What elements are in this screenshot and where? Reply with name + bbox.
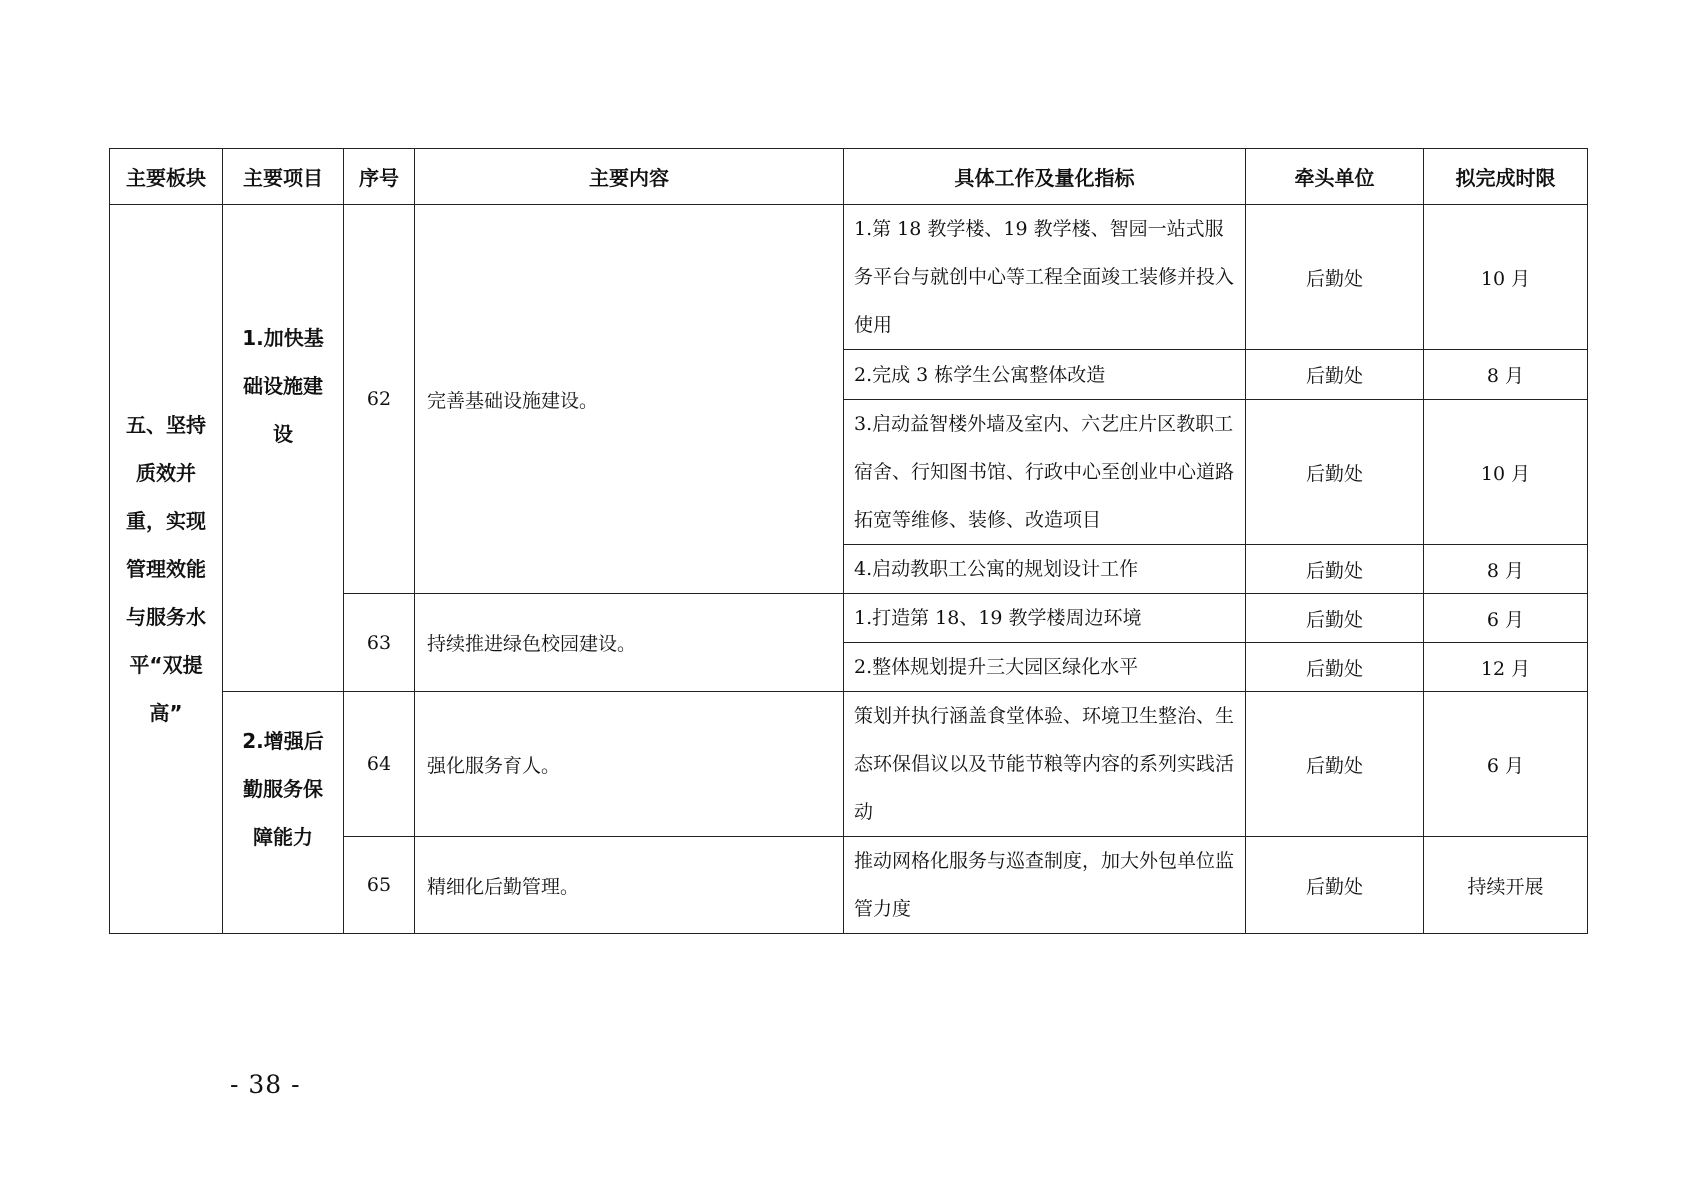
task-lead-unit: 后勤处 [1246,545,1424,594]
task-deadline: 8 月 [1424,545,1588,594]
task-detail: 推动网格化服务与巡查制度，加大外包单位监管力度 [844,837,1246,934]
task-lead-unit: 后勤处 [1246,205,1424,350]
task-lead-unit: 后勤处 [1246,350,1424,400]
task-lead-unit: 后勤处 [1246,692,1424,837]
section-title: 五、坚持质效并重，实现管理效能与服务水平“双提高” [120,401,212,737]
task-deadline: 10 月 [1424,205,1588,350]
task-detail: 2.整体规划提升三大园区绿化水平 [844,643,1246,692]
item-number: 65 [344,837,415,934]
document-page: 主要板块 主要项目 序号 主要内容 具体工作及量化指标 牵头单位 拟完成时限 五… [0,0,1684,1191]
task-deadline: 10 月 [1424,400,1588,545]
item-number: 63 [344,594,415,692]
item-content: 完善基础设施建设。 [415,205,844,594]
project-cell: 2.增强后勤服务保障能力 [223,692,344,934]
task-detail: 1.打造第 18、19 教学楼周边环境 [844,594,1246,643]
task-lead-unit: 后勤处 [1246,594,1424,643]
project-title: 2.增强后勤服务保障能力 [241,717,325,861]
task-deadline: 12 月 [1424,643,1588,692]
task-detail: 4.启动教职工公寓的规划设计工作 [844,545,1246,594]
task-detail: 2.完成 3 栋学生公寓整体改造 [844,350,1246,400]
item-content: 强化服务育人。 [415,692,844,837]
task-lead-unit: 后勤处 [1246,643,1424,692]
item-content: 精细化后勤管理。 [415,837,844,934]
header-content: 主要内容 [415,149,844,205]
item-number: 62 [344,205,415,594]
task-deadline: 6 月 [1424,594,1588,643]
page-number: - 38 - [230,1070,301,1099]
task-detail: 1.第 18 教学楼、19 教学楼、智园一站式服务平台与就创中心等工程全面竣工装… [844,205,1246,350]
task-detail: 策划并执行涵盖食堂体验、环境卫生整治、生态环保倡议以及节能节粮等内容的系列实践活… [844,692,1246,837]
project-cell: 1.加快基础设施建设 [223,205,344,692]
table-row: 2.增强后勤服务保障能力 64 强化服务育人。 策划并执行涵盖食堂体验、环境卫生… [110,692,1588,837]
task-lead-unit: 后勤处 [1246,837,1424,934]
task-deadline: 8 月 [1424,350,1588,400]
header-number: 序号 [344,149,415,205]
task-detail: 3.启动益智楼外墙及室内、六艺庄片区教职工宿舍、行知图书馆、行政中心至创业中心道… [844,400,1246,545]
table-row: 五、坚持质效并重，实现管理效能与服务水平“双提高” 1.加快基础设施建设 62 … [110,205,1588,350]
project-title: 1.加快基础设施建设 [241,314,325,458]
header-project: 主要项目 [223,149,344,205]
task-deadline: 6 月 [1424,692,1588,837]
item-number: 64 [344,692,415,837]
section-cell: 五、坚持质效并重，实现管理效能与服务水平“双提高” [110,205,223,934]
task-lead-unit: 后勤处 [1246,400,1424,545]
work-plan-table: 主要板块 主要项目 序号 主要内容 具体工作及量化指标 牵头单位 拟完成时限 五… [109,148,1588,934]
header-deadline: 拟完成时限 [1424,149,1588,205]
header-lead-unit: 牵头单位 [1246,149,1424,205]
table-header-row: 主要板块 主要项目 序号 主要内容 具体工作及量化指标 牵头单位 拟完成时限 [110,149,1588,205]
header-section: 主要板块 [110,149,223,205]
item-content: 持续推进绿色校园建设。 [415,594,844,692]
header-detail: 具体工作及量化指标 [844,149,1246,205]
task-deadline: 持续开展 [1424,837,1588,934]
